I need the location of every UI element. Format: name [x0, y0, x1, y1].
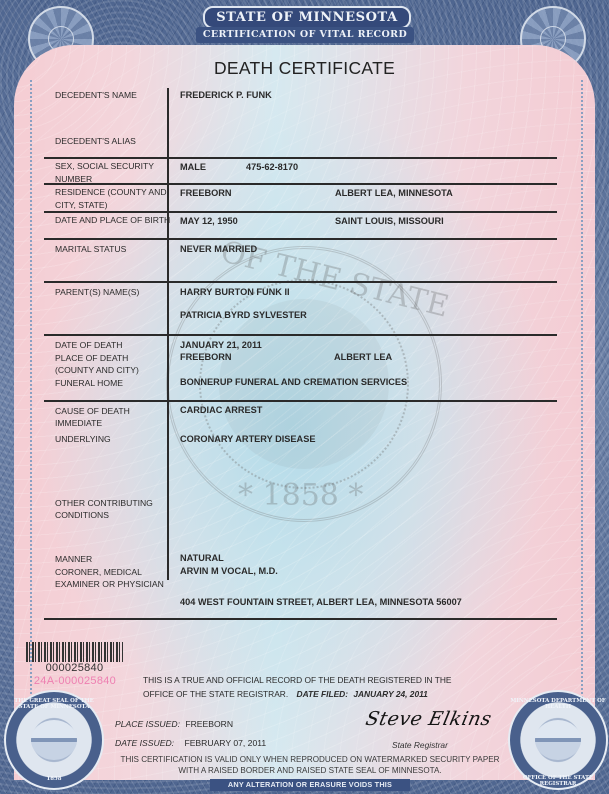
- parent-2-value: PATRICIA BYRD SYLVESTER: [180, 309, 307, 321]
- official-record-statement-line-1: THIS IS A TRUE AND OFFICIAL RECORD OF TH…: [143, 675, 452, 685]
- row-divider: [44, 238, 557, 240]
- ssn-value: 475-62-8170: [246, 161, 298, 173]
- place-of-death-city-value: ALBERT LEA: [334, 351, 392, 363]
- decedent-name-label: DECEDENT'S NAME: [55, 89, 137, 102]
- manner-label: MANNER: [55, 553, 92, 566]
- residence-county-value: FREEBORN: [180, 187, 232, 199]
- row-divider: [44, 334, 557, 336]
- parents-label: PARENT(S) NAME(S): [55, 286, 139, 299]
- date-issued-row: DATE ISSUED: FEBRUARY 07, 2011: [115, 738, 266, 748]
- parent-1-value: HARRY BURTON FUNK II: [180, 286, 290, 298]
- certifier-label-line-2: EXAMINER OR PHYSICIAN: [55, 578, 164, 591]
- manner-value: NATURAL: [180, 552, 224, 564]
- underlying-label: UNDERLYING: [55, 433, 111, 446]
- birth-place-value: SAINT LOUIS, MISSOURI: [335, 215, 444, 227]
- row-divider: [44, 211, 557, 213]
- official-record-statement-line-2: OFFICE OF THE STATE REGISTRAR. DATE FILE…: [143, 689, 428, 699]
- sex-value: MALE: [180, 161, 206, 173]
- date-of-death-value: JANUARY 21, 2011: [180, 339, 262, 351]
- marital-status-label: MARITAL STATUS: [55, 243, 126, 256]
- validity-notice: THIS CERTIFICATION IS VALID ONLY WHEN RE…: [120, 754, 500, 776]
- certification-subtitle: CERTIFICATION OF VITAL RECORD: [196, 27, 414, 43]
- certificate-page: STATE OF MINNESOTA CERTIFICATION OF VITA…: [0, 0, 609, 794]
- other-conditions-label-line-1: OTHER CONTRIBUTING: [55, 497, 153, 510]
- birth-date-value: MAY 12, 1950: [180, 215, 238, 227]
- right-seal-text-bottom: OFFICE OF THE STATE REGISTRAR: [510, 775, 606, 787]
- column-divider: [167, 183, 169, 580]
- sex-ssn-label-line-2: NUMBER: [55, 173, 92, 186]
- place-issued-value: FREEBORN: [185, 719, 233, 729]
- certifier-address-value: 404 WEST FOUNTAIN STREET, ALBERT LEA, MI…: [180, 596, 462, 608]
- registrar-title: State Registrar: [392, 740, 448, 750]
- department-of-health-seal-icon: MINNESOTA DEPARTMENT OF HEALTH OFFICE OF…: [508, 690, 608, 790]
- funeral-home-label: FUNERAL HOME: [55, 377, 123, 390]
- left-seal-text: THE GREAT SEAL OF THE STATE OF MINNESOTA: [6, 698, 102, 710]
- alteration-notice: ANY ALTERATION OR ERASURE VOIDS THIS CER…: [210, 779, 410, 791]
- certifier-label-line-1: CORONER, MEDICAL: [55, 566, 142, 579]
- birth-label: DATE AND PLACE OF BIRTH: [55, 214, 170, 227]
- row-divider: [44, 618, 557, 620]
- row-divider: [44, 157, 557, 159]
- funeral-home-value: BONNERUP FUNERAL AND CREMATION SERVICES: [180, 376, 407, 388]
- underlying-cause-value: CORONARY ARTERY DISEASE: [180, 433, 315, 445]
- official-record-statement-text: OFFICE OF THE STATE REGISTRAR.: [143, 689, 288, 699]
- place-issued-label: PLACE ISSUED:: [115, 719, 180, 729]
- seal-scene-icon: [31, 720, 77, 760]
- great-seal-of-minnesota-icon: THE GREAT SEAL OF THE STATE OF MINNESOTA…: [4, 690, 104, 790]
- other-conditions-label-line-2: CONDITIONS: [55, 509, 109, 522]
- decedent-name-value: FREDERICK P. FUNK: [180, 89, 272, 101]
- row-divider: [44, 400, 557, 402]
- marital-status-value: NEVER MARRIED: [180, 243, 257, 255]
- place-of-death-county-value: FREEBORN: [180, 351, 232, 363]
- row-divider: [44, 281, 557, 283]
- date-issued-value: FEBRUARY 07, 2011: [184, 738, 266, 748]
- place-of-death-label-line-1: PLACE OF DEATH: [55, 352, 128, 365]
- validity-notice-line-1: THIS CERTIFICATION IS VALID ONLY WHEN RE…: [120, 754, 500, 765]
- row-divider: [44, 183, 557, 185]
- cause-of-death-label-line-2: IMMEDIATE: [55, 417, 102, 430]
- certificate-id: 24A-000025840: [20, 675, 130, 687]
- cause-of-death-label-line-1: CAUSE OF DEATH: [55, 405, 130, 418]
- residence-label-line-2: CITY, STATE): [55, 199, 108, 212]
- sex-ssn-label-line-1: SEX, SOCIAL SECURITY: [55, 160, 154, 173]
- state-title: STATE OF MINNESOTA: [203, 6, 411, 29]
- residence-label-line-1: RESIDENCE (COUNTY AND: [55, 186, 167, 199]
- left-seal-year: 1858: [6, 776, 102, 782]
- validity-notice-line-2: WITH A RAISED BORDER AND RAISED STATE SE…: [120, 765, 500, 776]
- barcode: [26, 642, 123, 662]
- barcode-number: 000025840: [26, 662, 123, 674]
- decedent-alias-label: DECEDENT'S ALIAS: [55, 135, 136, 148]
- right-seal-text-top: MINNESOTA DEPARTMENT OF HEALTH: [510, 698, 606, 710]
- date-filed-value: JANUARY 24, 2011: [353, 689, 428, 699]
- seal-scene-icon: [535, 720, 581, 760]
- registrar-signature: Steve Elkins: [364, 708, 494, 730]
- column-divider: [167, 88, 169, 183]
- certifier-value: ARVIN M VOCAL, M.D.: [180, 565, 278, 577]
- place-issued-row: PLACE ISSUED: FREEBORN: [115, 719, 233, 729]
- residence-city-value: ALBERT LEA, MINNESOTA: [335, 187, 453, 199]
- place-of-death-label-line-2: (COUNTY AND CITY): [55, 364, 139, 377]
- immediate-cause-value: CARDIAC ARREST: [180, 404, 262, 416]
- document-title: DEATH CERTIFICATE: [0, 58, 609, 79]
- date-of-death-label: DATE OF DEATH: [55, 339, 122, 352]
- date-filed-label: DATE FILED:: [297, 689, 348, 699]
- watermark-seal-year: * 1858 *: [238, 478, 363, 513]
- date-issued-label: DATE ISSUED:: [115, 738, 174, 748]
